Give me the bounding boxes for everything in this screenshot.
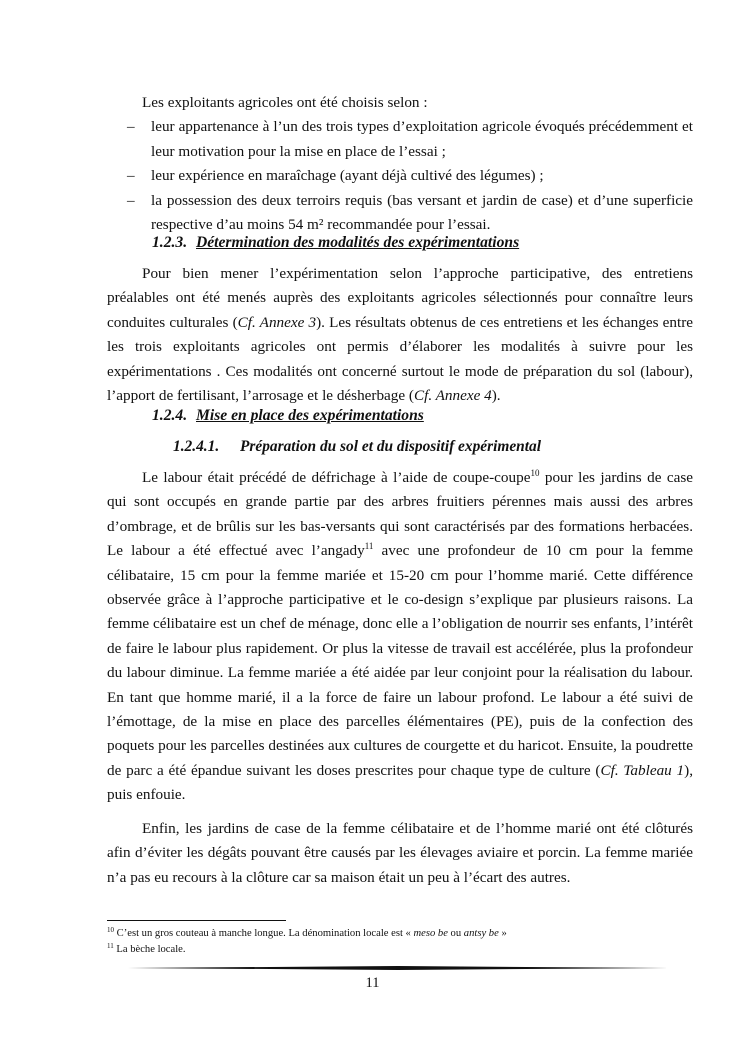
section-1-2-4-1-body: Le labour était précédé de défrichage à … — [107, 466, 693, 890]
paragraph: Pour bien mener l’expérimentation selon … — [107, 262, 693, 408]
dash-bullet-icon: – — [127, 115, 135, 139]
section-title: Mise en place des expérimentations — [196, 407, 424, 424]
footnote-text: La bèche locale. — [114, 944, 186, 955]
subsection-number: 1.2.4.1. — [173, 435, 240, 459]
footnote-term: meso be — [413, 928, 447, 939]
section-number: 1.2.4. — [152, 407, 187, 424]
footnote-number: 10 — [107, 926, 114, 934]
subsection-heading-1-2-4-1: 1.2.4.1.Préparation du sol et du disposi… — [173, 435, 541, 459]
paragraph: Le labour était précédé de défrichage à … — [107, 466, 693, 808]
selection-criteria-list: – leur appartenance à l’un des trois typ… — [107, 115, 693, 237]
cross-reference: Cf. Annexe 3 — [238, 314, 316, 331]
footnote-10: 10 C’est un gros couteau à manche longue… — [107, 926, 693, 942]
footnotes: 10 C’est un gros couteau à manche longue… — [107, 926, 693, 958]
section-1-2-3-body: Pour bien mener l’expérimentation selon … — [107, 262, 693, 408]
selection-criteria-lead: Les exploitants agricoles ont été choisi… — [107, 91, 693, 115]
paragraph-text: Le labour était précédé de défrichage à … — [142, 469, 530, 486]
page-number: 11 — [0, 974, 745, 992]
footer-divider-icon — [128, 966, 668, 970]
list-item-text: leur expérience en maraîchage (ayant déj… — [151, 167, 544, 184]
paragraph-text: ). — [492, 387, 501, 404]
section-number: 1.2.3. — [152, 234, 187, 251]
selection-criteria-block: Les exploitants agricoles ont été choisi… — [107, 91, 693, 237]
section-heading-1-2-4: 1.2.4. Mise en place des expérimentation… — [152, 404, 424, 428]
footnote-number: 11 — [107, 942, 114, 950]
list-item: – leur expérience en maraîchage (ayant d… — [107, 164, 693, 188]
subsection-title: Préparation du sol et du dispositif expé… — [240, 438, 541, 455]
cross-reference: Cf. Tableau 1 — [600, 762, 684, 779]
paragraph-text: avec une profondeur de 10 cm pour la fem… — [107, 542, 693, 779]
footnote-separator — [107, 920, 286, 921]
list-item-text: la possession des deux terroirs requis (… — [151, 192, 693, 233]
footnote-term: antsy be — [464, 928, 499, 939]
cross-reference: Cf. Annexe 4 — [414, 387, 492, 404]
dash-bullet-icon: – — [127, 189, 135, 213]
section-title: Détermination des modalités des expérime… — [196, 234, 519, 251]
paragraph: Enfin, les jardins de case de la femme c… — [107, 817, 693, 890]
document-page: Les exploitants agricoles ont été choisi… — [0, 0, 745, 1053]
section-heading-1-2-3: 1.2.3. Détermination des modalités des e… — [152, 231, 519, 255]
footnote-text: ou — [448, 928, 464, 939]
footnote-11: 11 La bèche locale. — [107, 942, 693, 958]
dash-bullet-icon: – — [127, 164, 135, 188]
footnote-text: C’est un gros couteau à manche longue. L… — [114, 928, 413, 939]
list-item-text: leur appartenance à l’un des trois types… — [151, 118, 693, 159]
footnote-text: » — [499, 928, 507, 939]
list-item: – leur appartenance à l’un des trois typ… — [107, 115, 693, 164]
